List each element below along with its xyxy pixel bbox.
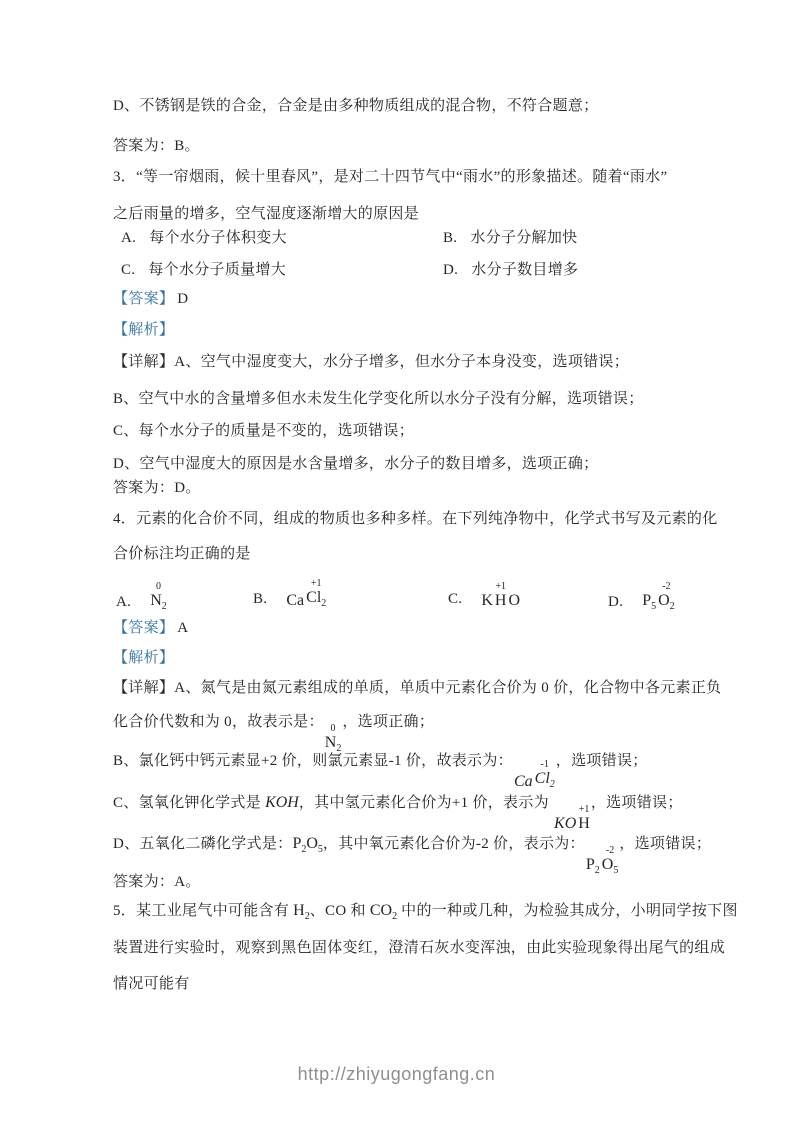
q4-option-d: D. P5-2O2: [608, 570, 676, 612]
q4-answer-line: 【答案】A: [113, 618, 188, 638]
q3-option-b-label: B.: [443, 230, 457, 246]
q4-option-c: C. K+1H O: [448, 570, 521, 609]
q4-option-d-label: D.: [608, 592, 623, 612]
q3-detail-c: C、每个水分子的质量是不变的，选项错误；: [113, 421, 414, 441]
q4-option-b-label: B.: [253, 589, 267, 609]
q3-option-b-text: 水分子分解加快: [470, 230, 577, 246]
chem-formula: H2: [293, 903, 310, 919]
q3-option-c-text: 每个水分子质量增大: [148, 262, 286, 278]
q4-option-a: A.0N2: [116, 570, 168, 612]
q3-option-b: B.水分子分解加快: [443, 228, 577, 248]
q4-option-a-label: A.: [116, 592, 131, 612]
q4-option-d-formula: P5-2O2: [641, 570, 675, 612]
q3-answer-value: D: [177, 291, 188, 307]
q5-stem-line1: 5．某工业尾气中可能含有 H2、CO 和 CO2 中的一种或几种，为检验其成分，…: [113, 901, 738, 922]
q4-option-c-label: C.: [448, 589, 462, 609]
q4-conclusion: 答案为：A。: [113, 872, 201, 892]
q3-detail-d: D、空气中湿度大的原因是水含量增多，水分子的数目增多，选项正确；: [113, 454, 598, 474]
q4-answer-value: A: [177, 620, 188, 636]
chem-formula: K+1H O: [480, 582, 521, 609]
footer-url: http://zhiyugongfang.cn: [0, 1064, 793, 1085]
q3-option-a-label: A.: [121, 230, 136, 246]
q3-option-a-text: 每个水分子体积变大: [149, 230, 287, 246]
answer-tag: 【答案】: [113, 291, 174, 307]
q5-stem-line3: 情况可能有: [113, 974, 190, 994]
q4-detail-d: D、五氧化二磷化学式是：P2O5，其中氧元素化合价为-2 价，表示为： P2-2…: [113, 834, 711, 876]
q3-option-c-label: C.: [121, 262, 135, 278]
q5-stem-line2: 装置进行实验时，观察到黑色固体变红，澄清石灰水变浑浊，由此实验现象得出尾气的组成: [113, 938, 725, 958]
q4-stem-line2: 合价标注均正确的是: [113, 544, 251, 564]
q3-analysis-line: 【解析】: [113, 320, 174, 340]
q3-answer-line: 【答案】D: [113, 289, 188, 309]
q3-stem-line2: 之后雨量的增多，空气湿度逐渐增大的原因是: [113, 204, 419, 224]
chem-formula: Ca+1Cl2: [285, 579, 327, 609]
q3-detail-b: B、空气中水的含量增多但水未发生化学变化所以水分子没有分解，选项错误；: [113, 389, 644, 409]
chem-formula: P2-2O5: [585, 846, 619, 876]
q4-stem-line1: 4．元素的化合价不同，组成的物质也多种多样。在下列纯净物中，化学式书写及元素的化: [113, 509, 718, 529]
chem-formula: KOH: [265, 795, 299, 811]
q4-analysis-line: 【解析】: [113, 648, 174, 668]
analysis-tag: 【解析】: [113, 650, 174, 666]
analysis-tag: 【解析】: [113, 322, 174, 338]
chem-formula: KO+1H: [553, 805, 591, 832]
q4-option-c-formula: K+1H O: [480, 570, 521, 609]
q4-option-b: B. Ca+1Cl2: [253, 570, 327, 609]
q4-option-b-formula: Ca+1Cl2: [285, 570, 327, 609]
chem-formula: CO2: [370, 903, 397, 919]
q3-option-a: A.每个水分子体积变大: [121, 228, 287, 248]
chem-formula: 0N2: [149, 582, 168, 612]
exam-document-page: D、不锈钢是铁的合金，合金是由多种物质组成的混合物，不符合题意； 答案为：B。 …: [0, 0, 793, 1122]
q4-detail-a-line1: 【详解】A、氮气是由氮元素组成的单质，单质中元素化合价为 0 价，化合物中各元素…: [113, 678, 721, 698]
chem-formula: Ca-1Cl2: [513, 760, 556, 790]
chem-formula: P2O5: [292, 836, 322, 852]
q4-detail-b: B、氯化钙中钙元素显+2 价，则氯元素显-1 价，故表示为： Ca-1Cl2，选…: [113, 751, 648, 790]
prev-answer-conclusion: 答案为：B。: [113, 136, 200, 156]
q3-stem-line1: 3．“等一帘烟雨，候十里春风”，是对二十四节气中“雨水”的形象描述。随着“雨水”: [113, 167, 667, 187]
chem-formula: 0N2: [324, 724, 343, 754]
answer-tag: 【答案】: [113, 620, 174, 636]
chem-formula: P5-2O2: [641, 582, 675, 612]
q3-option-d-label: D.: [443, 262, 458, 278]
q3-option-d-text: 水分子数目增多: [471, 262, 578, 278]
q4-option-a-formula: 0N2: [149, 570, 168, 612]
q3-conclusion: 答案为：D。: [113, 478, 201, 498]
q4-detail-a-line2: 化合价代数和为 0，故表示是：0N2，选项正确；: [113, 712, 434, 754]
prev-explanation-line-d: D、不锈钢是铁的合金，合金是由多种物质组成的混合物，不符合题意；: [113, 96, 598, 116]
q3-detail-a: 【详解】A、空气中湿度变大，水分子增多，但水分子本身没变，选项错误；: [113, 352, 629, 372]
q3-option-d: D.水分子数目增多: [443, 260, 578, 280]
q4-detail-c: C、氢氧化钾化学式是 KOH，其中氢元素化合价为+1 价，表示为 KO+1H，选…: [113, 793, 683, 832]
q3-option-c: C.每个水分子质量增大: [121, 260, 286, 280]
